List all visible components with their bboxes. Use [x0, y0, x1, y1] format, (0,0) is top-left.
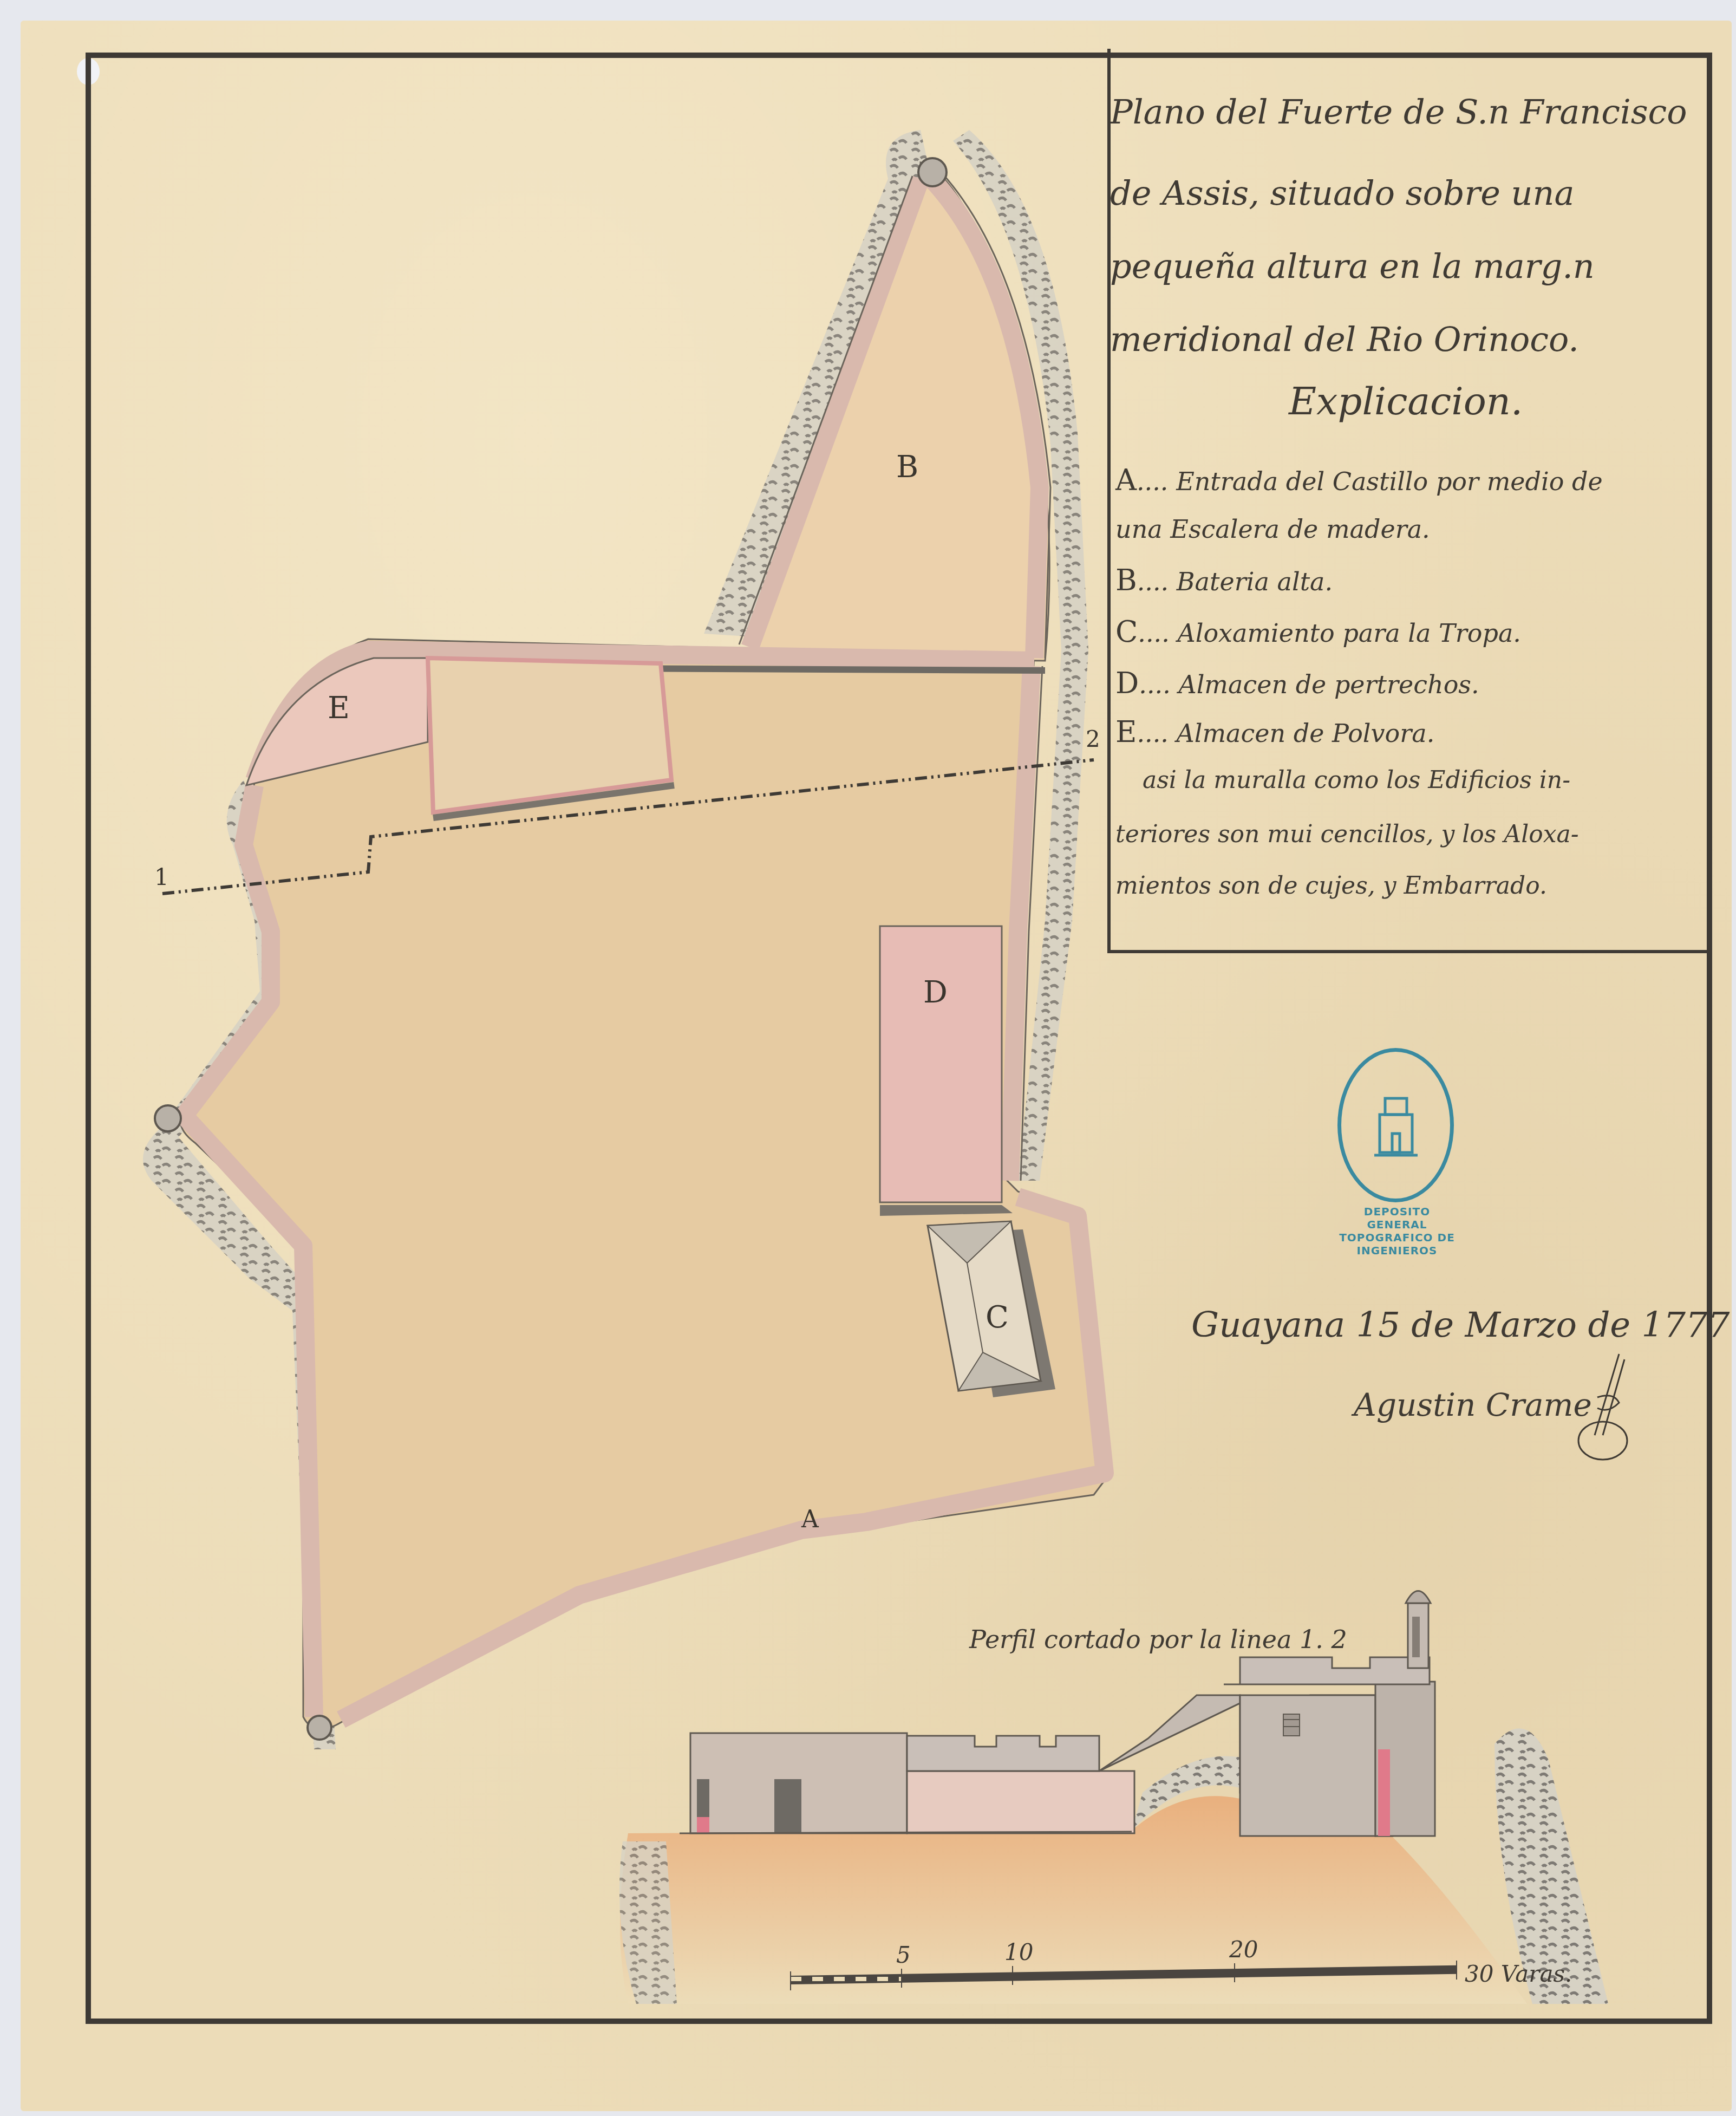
legend-note-line-2: teriores son mui cencillos, y los Aloxa-	[1115, 821, 1579, 848]
building-d-supplies-store	[880, 926, 1002, 1202]
stamp-text: DEPOSITO GENERAL TOPOGRAFICO DE INGENIER…	[1335, 1205, 1459, 1257]
legend-text: Aloxamiento para la Tropa.	[1177, 618, 1521, 648]
map-title-line-2: de Assis, situado sobre una	[1110, 173, 1574, 213]
place-and-date: Guayana 15 de Marzo de 1777	[1191, 1305, 1730, 1345]
map-title-line-1: Plano del Fuerte de S.n Francisco	[1110, 92, 1687, 132]
legend-item-c: C.... Aloxamiento para la Tropa.	[1115, 615, 1521, 649]
section-line-end-label: 2	[1086, 726, 1100, 752]
map-title-line-3: pequeña altura en la marg.n	[1110, 246, 1595, 286]
scale-tick-5: 5	[896, 1942, 911, 1968]
scale-tick-20: 20	[1229, 1936, 1258, 1963]
scale-tick-10: 10	[1004, 1939, 1033, 1965]
legend-note-line-3: mientos son de cujes, y Embarrado.	[1115, 872, 1547, 900]
legend-key: D	[1115, 666, 1139, 700]
legend-text: Entrada del Castillo por medio de	[1176, 467, 1603, 496]
legend-dots: ....	[1137, 567, 1169, 596]
profile-title: Perfil cortado por la linea 1. 2	[969, 1625, 1347, 1654]
legend-dots: ....	[1138, 618, 1170, 648]
legend-text: una Escalera de madera.	[1115, 515, 1430, 544]
legend-text: Almacen de pertrechos.	[1178, 670, 1479, 699]
legend-key: C	[1115, 615, 1138, 649]
plan-label-c: C	[986, 1300, 1009, 1335]
legend-dots: ....	[1139, 670, 1171, 699]
plan-label-a: A	[801, 1506, 819, 1533]
legend-item-a: A.... Entrada del Castillo por medio de	[1115, 463, 1603, 497]
profile-doorway	[774, 1779, 801, 1833]
legend-text: Almacen de Polvora.	[1177, 719, 1435, 748]
legend-dots: ....	[1137, 719, 1169, 748]
castle-tower-icon	[1372, 1088, 1420, 1163]
plan-label-e: E	[328, 691, 350, 726]
legend-heading: Explicacion.	[1289, 379, 1523, 424]
author-signature: Agustin Crame	[1354, 1386, 1592, 1423]
legend-item-b: B.... Bateria alta.	[1115, 563, 1333, 597]
sentry-box-west	[155, 1105, 181, 1131]
map-title-line-4: meridional del Rio Orinoco.	[1110, 320, 1579, 359]
legend-item-d: D.... Almacen de pertrechos.	[1115, 666, 1479, 700]
scale-unit-label: 30 Varas.	[1465, 1961, 1572, 1987]
legend-key: E	[1115, 715, 1137, 749]
legend-note-line-1: asi la muralla como los Edificios in-	[1143, 766, 1570, 794]
legend-item-e: E.... Almacen de Polvora.	[1115, 715, 1434, 749]
section-line-start-label: 1	[154, 864, 169, 890]
sentry-box-south	[308, 1716, 331, 1740]
plan-label-b: B	[896, 450, 918, 485]
plan-label-d: D	[923, 975, 948, 1010]
fort-plan-drawing	[0, 0, 1736, 2116]
legend-text: Bateria alta.	[1177, 567, 1333, 596]
legend-dots: ....	[1137, 467, 1169, 496]
sentry-box-north	[918, 158, 947, 186]
archive-stamp	[1337, 1048, 1454, 1202]
legend-key: A	[1115, 463, 1137, 497]
legend-item-a-cont: una Escalera de madera.	[1115, 515, 1430, 544]
legend-key: B	[1115, 563, 1137, 597]
